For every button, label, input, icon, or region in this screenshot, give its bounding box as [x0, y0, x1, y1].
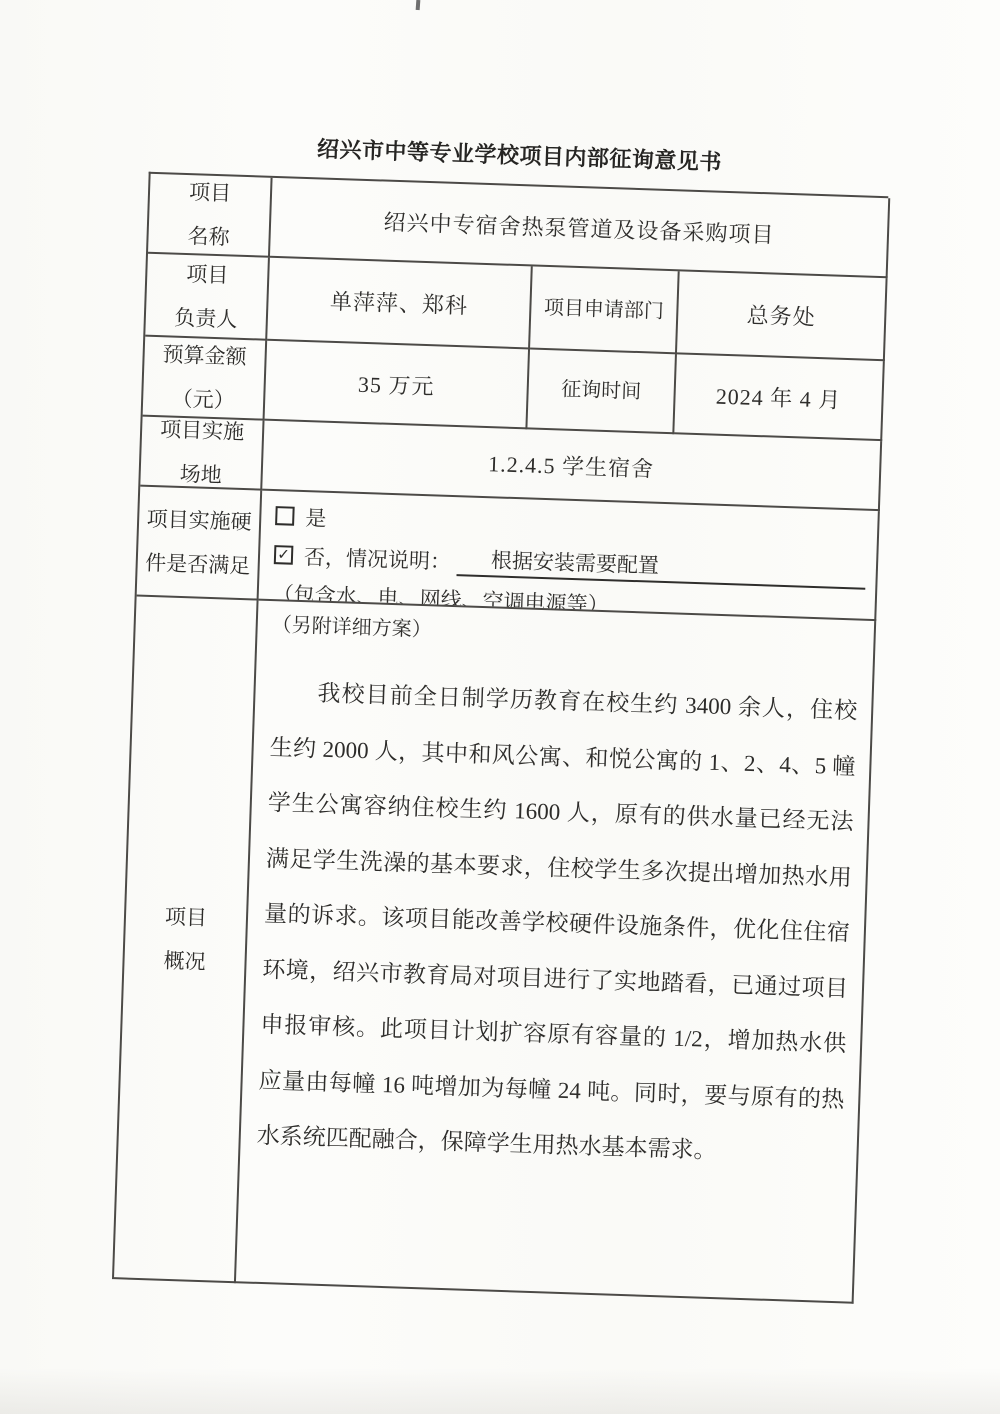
checkbox-unchecked-icon: [275, 506, 295, 526]
label-inquiry-time: 征询时间: [527, 349, 677, 434]
label-hardware: 项目实施硬 件是否满足: [137, 487, 263, 601]
checkbox-checked-icon: ✓: [274, 545, 294, 565]
value-budget: 35 万元: [265, 341, 531, 430]
hardware-options-cell: 是 ✓ 否，情况说明： 根据安装需要配置 （包含水、电、网线、空调电源等）: [259, 491, 880, 621]
label-project-name: 项目 名称: [148, 174, 273, 258]
overview-attachment-note: （另附详细方案）: [271, 610, 862, 660]
scanned-form-sheet: 绍兴市中等专业学校项目内部征询意见书 项目 名称 绍兴中专宿舍热泵管道及设备采购…: [112, 127, 890, 1304]
scan-artifact-mark: [416, 0, 421, 10]
label-budget: 预算金额 （元）: [143, 337, 268, 421]
value-project-leader: 单萍萍、郑科: [267, 258, 533, 350]
label-site: 项目实施 场地: [140, 417, 264, 491]
hardware-option-yes-label: 是: [305, 502, 327, 533]
label-project-leader: 项目 负责人: [145, 254, 270, 341]
value-inquiry-time: 2024 年 4 月: [674, 354, 885, 441]
scan-shadow: [0, 1368, 1000, 1414]
overview-cell: （另附详细方案） 我校目前全日制学历教育在校生约 3400 余人，住校生约 20…: [236, 601, 876, 1304]
label-apply-dept: 项目申请部门: [530, 266, 680, 354]
overview-paragraph: 我校目前全日制学历教育在校生约 3400 余人，住校生约 2000 人，其中和风…: [256, 664, 858, 1183]
hardware-option-no-label: 否，情况说明：: [304, 541, 452, 576]
label-overview: 项目 概况: [114, 597, 259, 1284]
form-table: 项目 名称 绍兴中专宿舍热泵管道及设备采购项目 项目 负责人 单萍萍、郑科 项目…: [112, 172, 888, 1304]
value-apply-dept: 总务处: [677, 271, 888, 361]
